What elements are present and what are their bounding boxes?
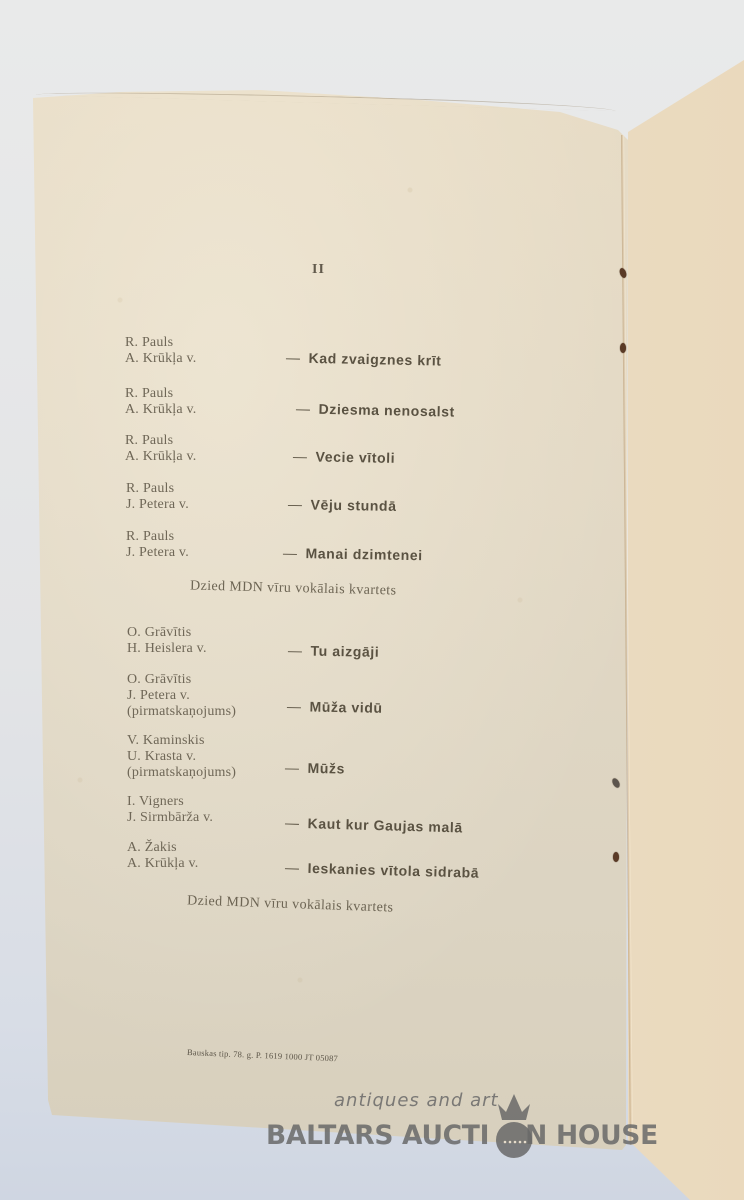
lyricist-name: J. Petera v. xyxy=(126,545,189,561)
lyricist-name: H. Heislera v. xyxy=(127,641,207,657)
composer-name: O. Grāvītis xyxy=(127,672,236,688)
program-credit: R. Pauls A. Krūkļa v. xyxy=(125,386,196,418)
dash: — xyxy=(293,448,308,464)
page-number: II xyxy=(312,262,325,278)
program-credit: R. Pauls J. Petera v. xyxy=(126,481,189,513)
song-title: —Manai dzimtenei xyxy=(283,545,423,563)
dash: — xyxy=(285,759,300,775)
song-title: —Mūžs xyxy=(285,759,345,776)
song-title: —Vecie vītoli xyxy=(293,448,395,466)
song-title: —Vēju stundā xyxy=(288,496,397,514)
song-title-text: Kad zvaigznes krīt xyxy=(308,350,441,369)
watermark-name-part-2: N HOUSE xyxy=(525,1120,658,1151)
song-title-text: Vēju stundā xyxy=(310,496,396,513)
song-title-text: Tu aizgāji xyxy=(310,643,379,660)
premiere-note: (pirmatskaņojums) xyxy=(127,765,236,781)
watermark-tagline: antiques and art xyxy=(334,1090,499,1111)
binding-stitch-icon xyxy=(620,343,626,353)
lyricist-name: A. Krūkļa v. xyxy=(127,856,198,872)
watermark-name-part-1: BALTARS AUCTI xyxy=(266,1120,489,1151)
composer-name: R. Pauls xyxy=(126,481,189,497)
dash: — xyxy=(285,859,300,875)
song-title-text: Mūžs xyxy=(307,760,345,777)
program-credit: R. Pauls A. Krūkļa v. xyxy=(125,433,196,465)
lyricist-name: J. Petera v. xyxy=(126,497,189,513)
lyricist-name: A. Krūkļa v. xyxy=(125,402,196,418)
lyricist-name: U. Krasta v. xyxy=(127,749,236,765)
dash: — xyxy=(288,496,303,512)
dash: — xyxy=(296,400,311,416)
lyricist-name: A. Krūkļa v. xyxy=(125,449,196,465)
song-title: —Mūža vidū xyxy=(287,698,383,716)
binding-stitch-icon xyxy=(613,852,619,862)
crown-globe-icon xyxy=(494,1084,534,1164)
auction-house-watermark: antiques and art BALTARS AUCTIN HOUSE xyxy=(266,1088,666,1178)
lyricist-name: J. Sirmbārža v. xyxy=(127,810,213,826)
lyricist-name: A. Krūkļa v. xyxy=(125,351,196,367)
composer-name: A. Žakis xyxy=(127,840,198,856)
composer-name: I. Vigners xyxy=(127,794,213,810)
program-credit: O. Grāvītis H. Heislera v. xyxy=(127,625,207,657)
program-credit: R. Pauls J. Petera v. xyxy=(126,529,189,561)
song-title-text: Mūža vidū xyxy=(309,699,382,716)
program-credit: A. Žakis A. Krūkļa v. xyxy=(127,840,198,872)
dash: — xyxy=(287,698,302,714)
composer-name: V. Kaminskis xyxy=(127,733,236,749)
song-title-text: Dziesma nenosalst xyxy=(318,401,455,420)
composer-name: O. Grāvītis xyxy=(127,625,207,641)
song-title: —Dziesma nenosalst xyxy=(296,400,455,419)
song-title: —Kad zvaigznes krīt xyxy=(286,349,442,368)
song-title-text: Manai dzimtenei xyxy=(305,545,422,563)
composer-name: R. Pauls xyxy=(126,529,189,545)
dash: — xyxy=(285,815,300,831)
composer-name: R. Pauls xyxy=(125,386,196,402)
program-credit: O. Grāvītis J. Petera v. (pirmatskaņojum… xyxy=(127,672,236,720)
song-title-text: Vecie vītoli xyxy=(315,449,395,466)
dash: — xyxy=(283,545,298,561)
dash: — xyxy=(286,349,301,365)
dash: — xyxy=(288,642,303,658)
program-credit: I. Vigners J. Sirmbārža v. xyxy=(127,794,213,826)
composer-name: R. Pauls xyxy=(125,335,196,351)
composer-name: R. Pauls xyxy=(125,433,196,449)
program-credit: V. Kaminskis U. Krasta v. (pirmatskaņoju… xyxy=(127,733,236,781)
lyricist-name: J. Petera v. xyxy=(127,688,236,704)
song-title: —Tu aizgāji xyxy=(288,642,380,660)
premiere-note: (pirmatskaņojums) xyxy=(127,704,236,720)
program-credit: R. Pauls A. Krūkļa v. xyxy=(125,335,196,367)
watermark-name: BALTARS AUCTIN HOUSE xyxy=(266,1120,658,1151)
